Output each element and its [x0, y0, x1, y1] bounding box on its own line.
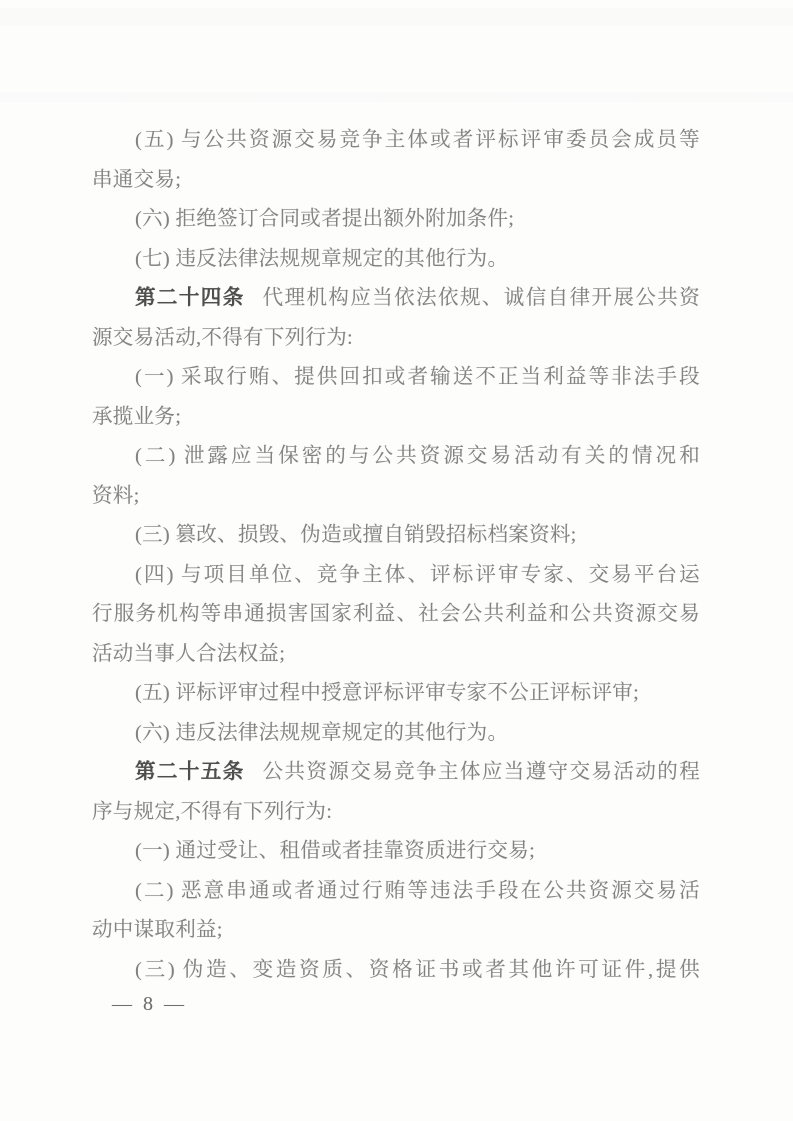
text-line: 序与规定,不得有下列行为:: [92, 793, 700, 833]
text-line: (二) 恶意串通或者通过行贿等违法手段在公共资源交易活: [92, 872, 700, 912]
text-line: (三) 篡改、损毁、伪造或擅自销毁招标档案资料;: [92, 516, 700, 556]
text-line: (五) 评标评审过程中授意评标评审专家不公正评标评审;: [92, 674, 700, 714]
text-line: 行服务机构等串通损害国家利益、社会公共利益和公共资源交易: [92, 595, 700, 635]
text-line: (一) 通过受让、租借或者挂靠资质进行交易;: [92, 832, 700, 872]
text-line: 串通交易;: [92, 161, 700, 201]
article-number: 第二十五条: [135, 761, 245, 783]
text-line: 资料;: [92, 477, 700, 517]
text-line: 活动当事人合法权益;: [92, 635, 700, 675]
text-line: 源交易活动,不得有下列行为:: [92, 319, 700, 359]
text-line: (四) 与项目单位、竞争主体、评标评审专家、交易平台运: [92, 556, 700, 596]
document-page: (五) 与公共资源交易竞争主体或者评标评审委员会成员等 串通交易; (六) 拒绝…: [0, 0, 793, 1121]
text-line: (二) 泄露应当保密的与公共资源交易活动有关的情况和: [92, 437, 700, 477]
article-24-heading-line: 第二十四条代理机构应当依法依规、诚信自律开展公共资: [92, 279, 700, 319]
article-25-heading-line: 第二十五条公共资源交易竞争主体应当遵守交易活动的程: [92, 753, 700, 793]
article-number: 第二十四条: [135, 287, 245, 309]
text-line: 承揽业务;: [92, 398, 700, 438]
text-line: (六) 拒绝签订合同或者提出额外附加条件;: [92, 200, 700, 240]
text-line: (七) 违反法律法规规章规定的其他行为。: [92, 240, 700, 280]
text-line: (五) 与公共资源交易竞争主体或者评标评审委员会成员等: [92, 121, 700, 161]
document-content: (五) 与公共资源交易竞争主体或者评标评审委员会成员等 串通交易; (六) 拒绝…: [92, 121, 700, 990]
text-line: (六) 违反法律法规规章规定的其他行为。: [92, 714, 700, 754]
article-text: 代理机构应当依法依规、诚信自律开展公共资: [263, 287, 700, 309]
page-number: — 8 —: [112, 993, 187, 1016]
text-line: (一) 采取行贿、提供回扣或者输送不正当利益等非法手段: [92, 358, 700, 398]
text-line: 动中谋取利益;: [92, 911, 700, 951]
article-text: 公共资源交易竞争主体应当遵守交易活动的程: [263, 761, 700, 783]
text-line: (三) 伪造、变造资质、资格证书或者其他许可证件,提供: [92, 951, 700, 991]
